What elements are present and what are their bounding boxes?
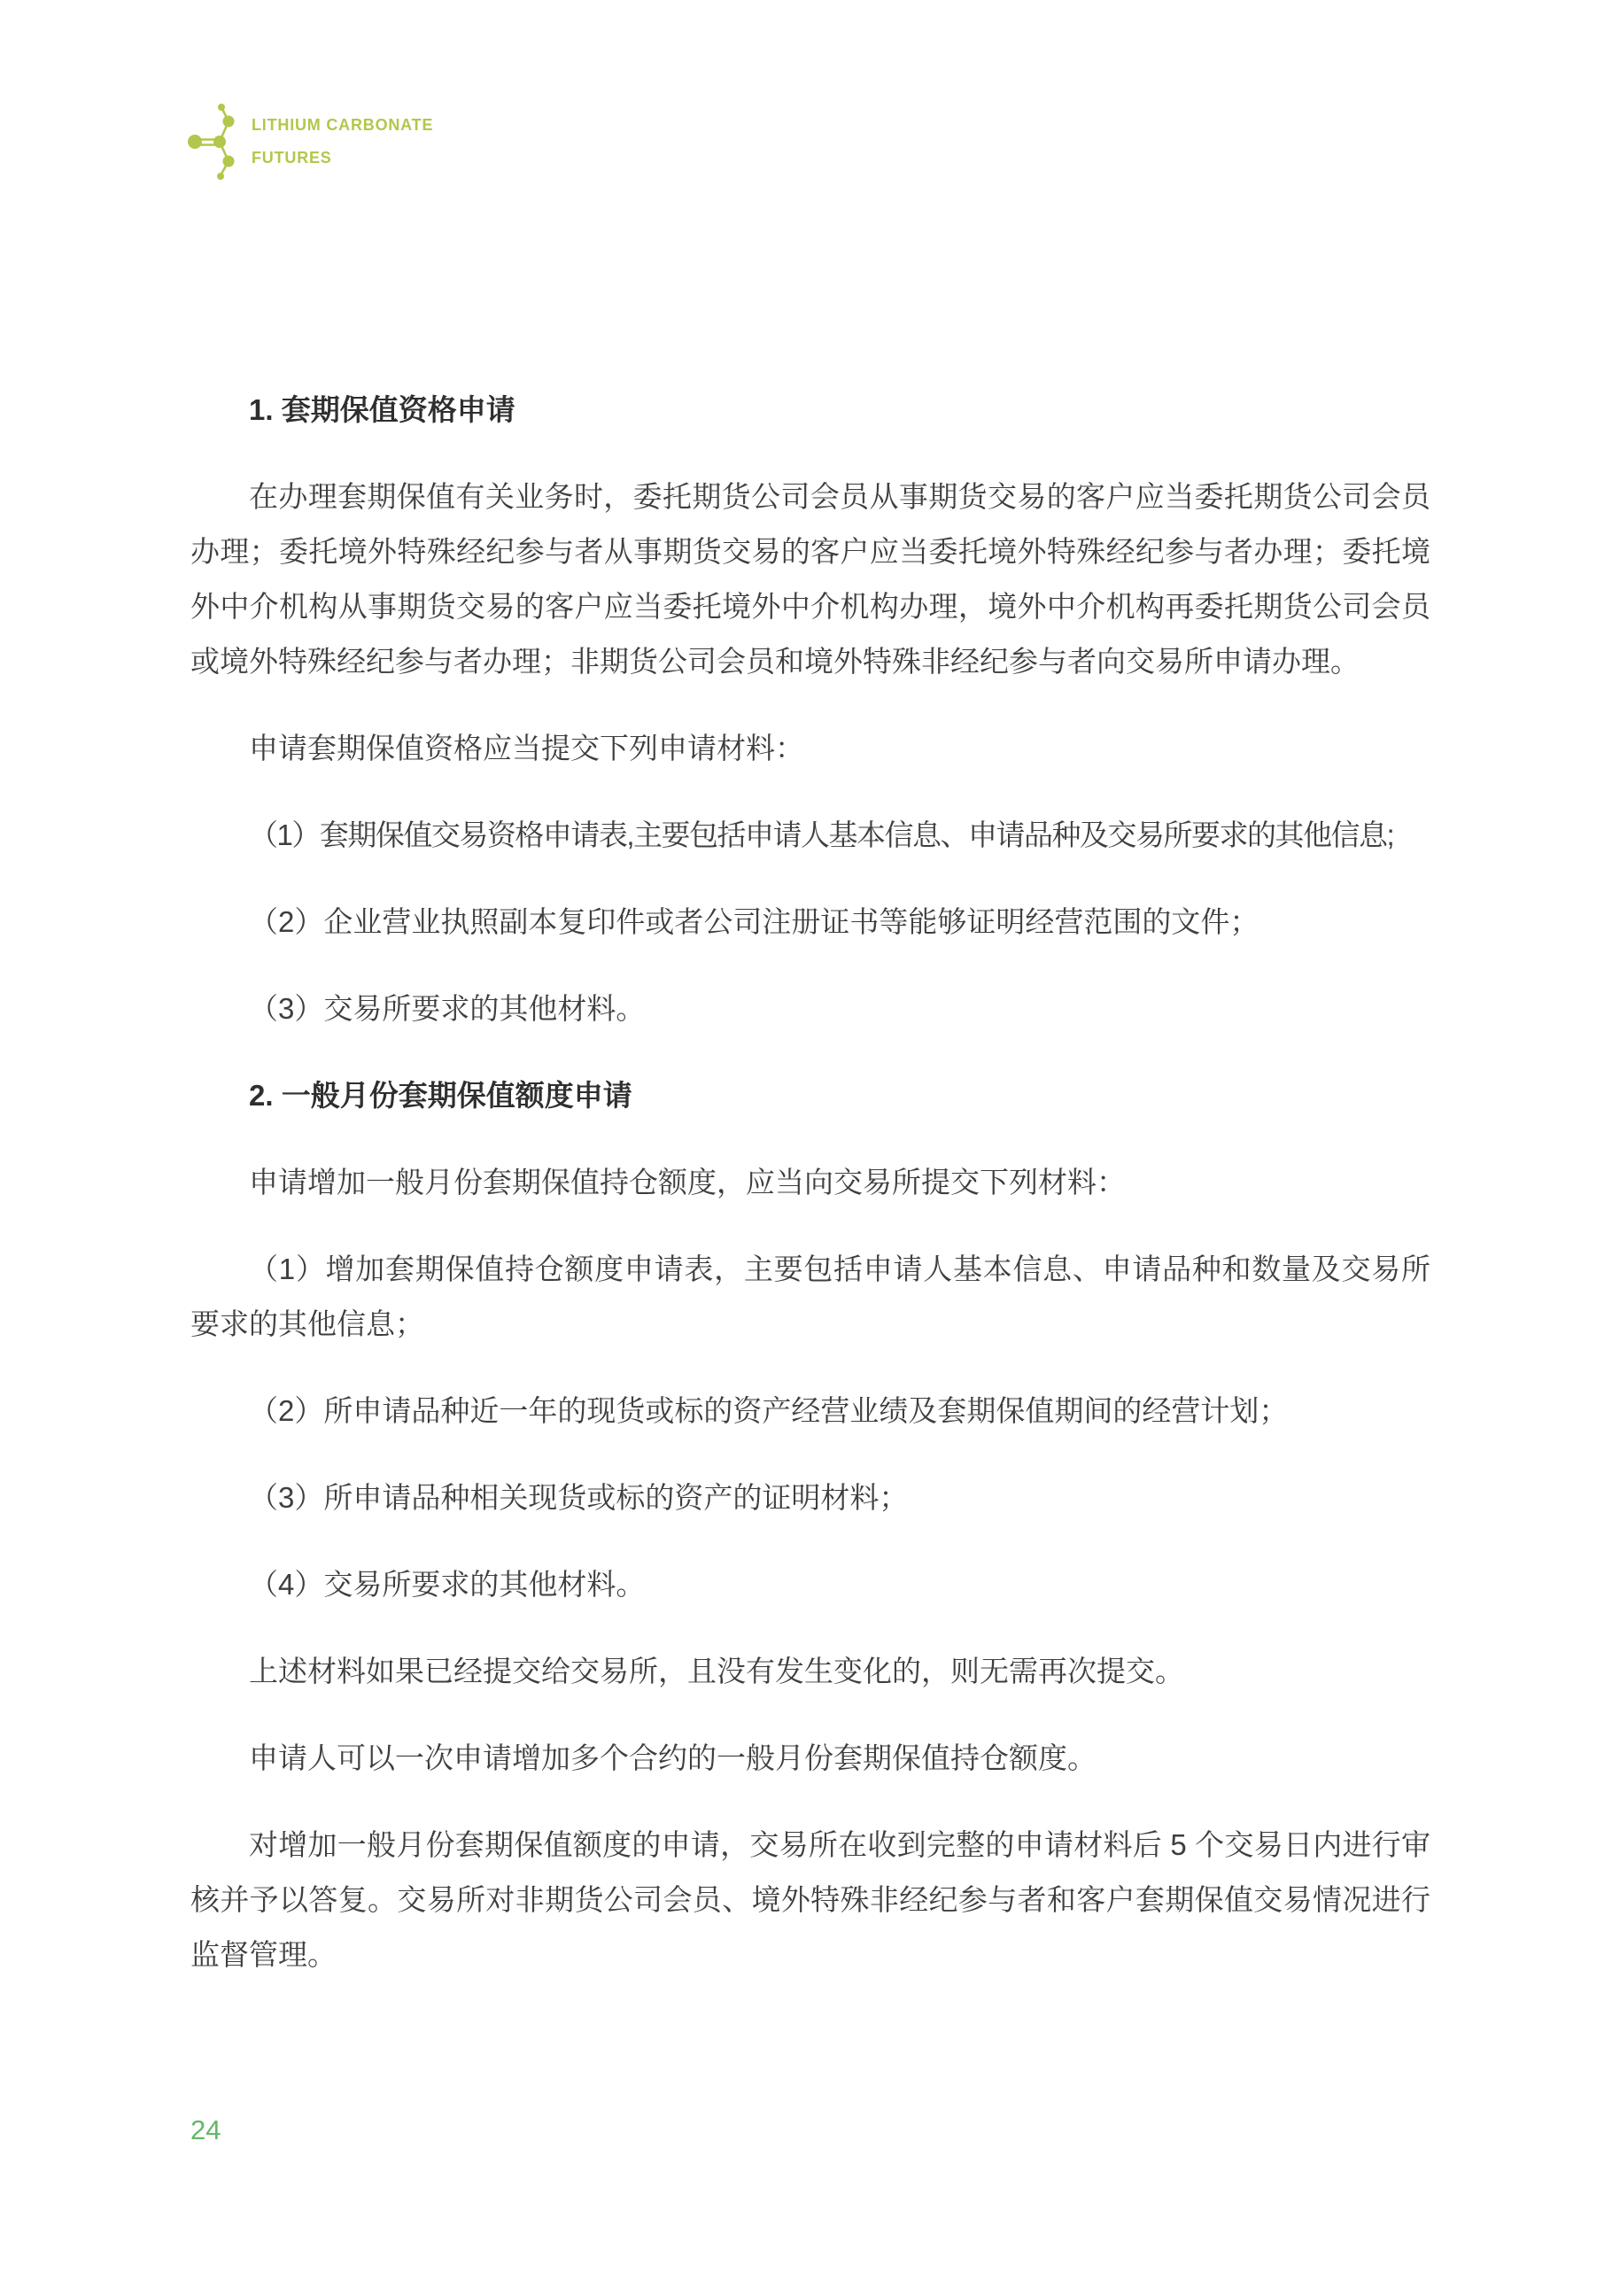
document-content: 1. 套期保值资格申请 在办理套期保值有关业务时，委托期货公司会员从事期货交易的… bbox=[190, 383, 1430, 1982]
page-number: 24 bbox=[190, 2113, 221, 2148]
brand-header: LITHIUM CARBONATE FUTURES bbox=[184, 99, 433, 184]
section-2-paragraph-3: 申请人可以一次申请增加多个合约的一般月份套期保值持仓额度。 bbox=[190, 1731, 1430, 1786]
section-2-paragraph-1: 申请增加一般月份套期保值持仓额度，应当向交易所提交下列材料： bbox=[190, 1155, 1430, 1210]
section-2-list-item-1: （1）增加套期保值持仓额度申请表，主要包括申请人基本信息、申请品种和数量及交易所… bbox=[190, 1242, 1430, 1352]
brand-line-1: LITHIUM CARBONATE bbox=[252, 109, 433, 142]
section-2-list-item-2: （2）所申请品种近一年的现货或标的资产经营业绩及套期保值期间的经营计划； bbox=[190, 1384, 1430, 1439]
brand-wordmark: LITHIUM CARBONATE FUTURES bbox=[252, 109, 433, 175]
section-1-heading: 1. 套期保值资格申请 bbox=[190, 383, 1430, 438]
molecule-logo-icon bbox=[184, 99, 241, 184]
document-page: LITHIUM CARBONATE FUTURES 1. 套期保值资格申请 在办… bbox=[0, 0, 1612, 2296]
section-2-list-item-3: （3）所申请品种相关现货或标的资产的证明材料； bbox=[190, 1470, 1430, 1525]
section-1-paragraph-2: 申请套期保值资格应当提交下列申请材料： bbox=[190, 721, 1430, 776]
section-2-paragraph-2: 上述材料如果已经提交给交易所，且没有发生变化的，则无需再次提交。 bbox=[190, 1644, 1430, 1699]
section-1-paragraph-1: 在办理套期保值有关业务时，委托期货公司会员从事期货交易的客户应当委托期货公司会员… bbox=[190, 469, 1430, 689]
section-1-list-item-1: （1）套期保值交易资格申请表,主要包括申请人基本信息、申请品种及交易所要求的其他… bbox=[190, 808, 1430, 863]
section-2-heading: 2. 一般月份套期保值额度申请 bbox=[190, 1068, 1430, 1123]
section-1-list-item-3: （3）交易所要求的其他材料。 bbox=[190, 981, 1430, 1036]
section-2-list-item-4: （4）交易所要求的其他材料。 bbox=[190, 1557, 1430, 1612]
brand-line-2: FUTURES bbox=[252, 142, 433, 175]
section-1-list-item-2: （2）企业营业执照副本复印件或者公司注册证书等能够证明经营范围的文件； bbox=[190, 895, 1430, 950]
section-2-paragraph-4: 对增加一般月份套期保值额度的申请，交易所在收到完整的申请材料后 5 个交易日内进… bbox=[190, 1818, 1430, 1982]
